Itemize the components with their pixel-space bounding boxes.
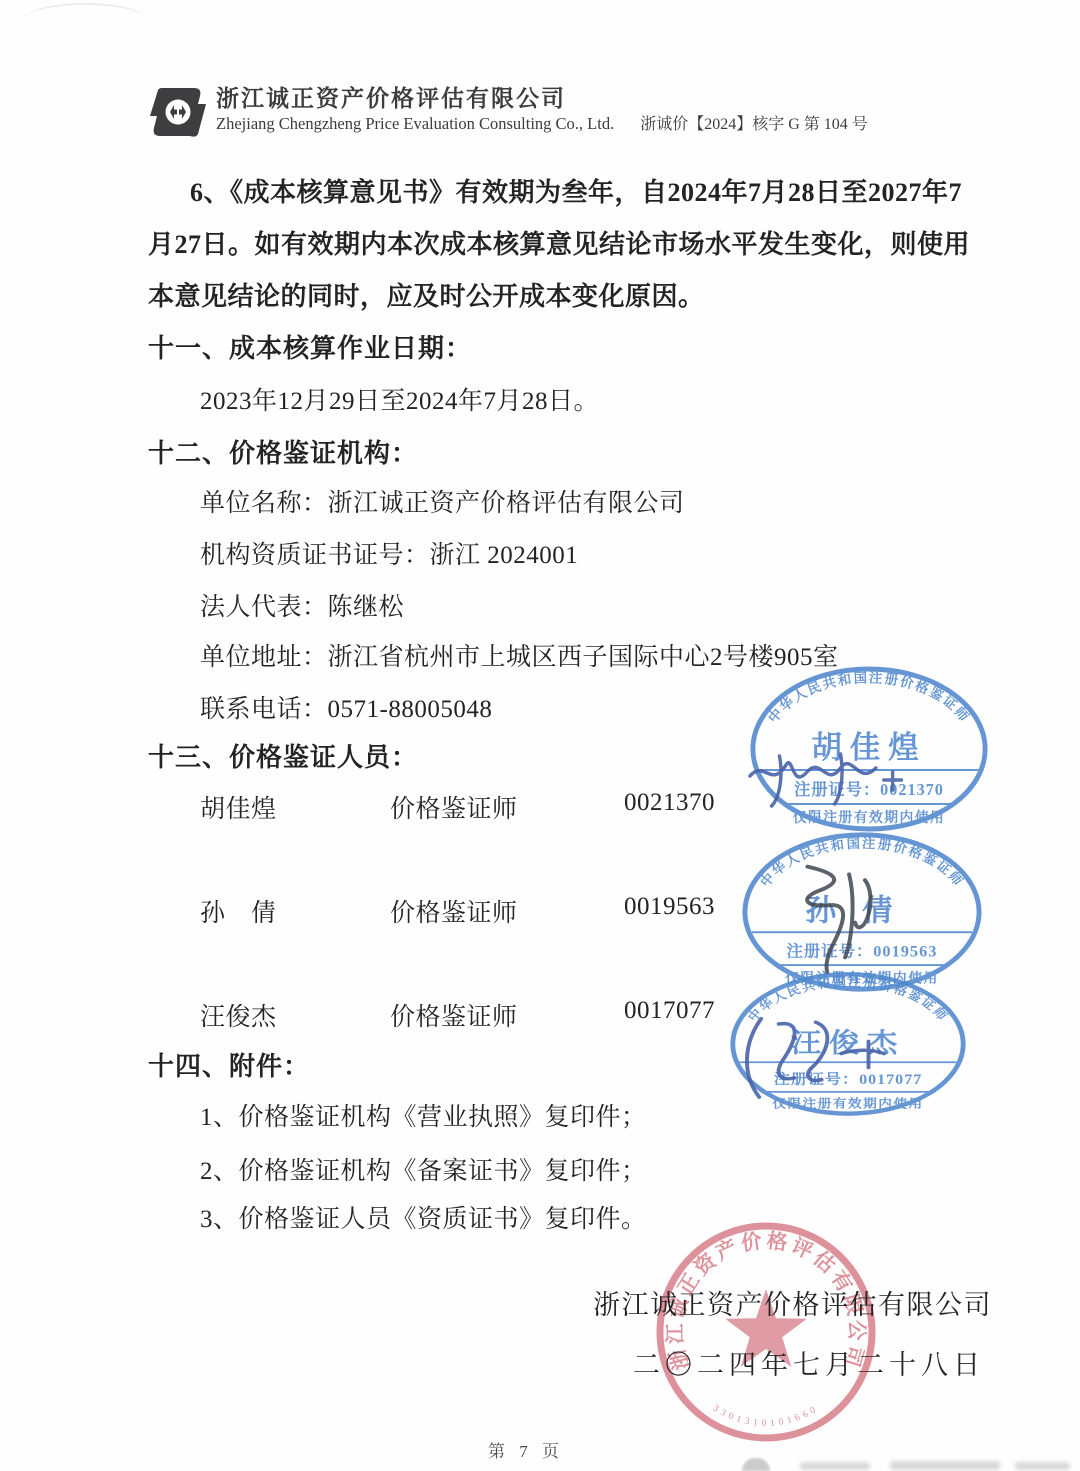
stamp-name: 孙倩: [805, 894, 918, 928]
section-13-title: 十三、价格鉴证人员：: [148, 737, 418, 774]
logo-circle: [166, 100, 191, 125]
stamp-arc-text: 中华人民共和国注册价格鉴证师: [756, 835, 967, 890]
stamp-name: 汪俊杰: [791, 1027, 905, 1058]
paragraph-6-line: 本意见结论的同时，应及时公开成本变化原因。: [148, 276, 705, 313]
page-number: 第 7 页: [488, 1437, 564, 1462]
appraiser-stamp-hujiahuang: 中华人民共和国注册价格鉴证师 胡佳煌 注册证号：0021370 仅限注册有效期内…: [746, 664, 992, 834]
org-cert-line: 机构资质证书证号：浙江 2024001: [200, 535, 578, 571]
appraiser-name: 孙 倩: [200, 893, 277, 929]
stamp-cert-no: 注册证号：0017077: [774, 1071, 923, 1088]
section-12-title: 十二、价格鉴证机构：: [148, 433, 418, 470]
company-name-cn: 浙江诚正资产价格评估有限公司: [216, 80, 566, 113]
attachment-item: 1、价格鉴证机构《营业执照》复印件；: [200, 1097, 647, 1133]
paragraph-6-line: 月27日。如有效期内本次成本核算意见结论市场水平发生变化，则使用: [148, 224, 970, 261]
scan-artifact: [25, 3, 145, 35]
company-round-seal: 浙江诚正资产价格评估有限公司 3301310101660: [650, 1216, 882, 1451]
org-phone-line: 联系电话：0571-88005048: [200, 689, 492, 725]
appraiser-stamp-wangjunjie: 中华人民共和国注册价格鉴证师 汪俊杰 注册证号：0017077 仅限注册有效期内…: [726, 970, 970, 1118]
org-address-line: 单位地址：浙江省杭州市上城区西子国际中心2号楼905室: [200, 637, 839, 673]
appraiser-title: 价格鉴证师: [390, 997, 518, 1033]
stamp-arc-text: 中华人民共和国注册价格鉴证师: [764, 669, 973, 725]
stamp-name: 胡佳煌: [811, 731, 926, 765]
appraiser-title: 价格鉴证师: [390, 789, 518, 825]
cost-accounting-date: 2023年12月29日至2024年7月28日。: [200, 381, 599, 417]
paragraph-6-line: 6、《成本核算意见书》有效期为叁年，自2024年7月28日至2027年7: [190, 172, 962, 209]
appraiser-cert-no: 0019563: [624, 893, 715, 921]
org-legal-rep-line: 法人代表：陈继松: [200, 587, 404, 623]
stamp-cert-no: 注册证号：0019563: [787, 942, 938, 961]
company-logo: [148, 84, 208, 140]
attachment-item: 2、价格鉴证机构《备案证书》复印件；: [200, 1151, 647, 1187]
signoff-company: 浙江诚正资产价格评估有限公司: [593, 1283, 992, 1322]
attachment-item: 3、价格鉴证人员《资质证书》复印件。: [200, 1199, 647, 1235]
seal-code-digits: 3301310101660: [711, 1403, 821, 1429]
section-14-title: 十四、附件：: [148, 1046, 310, 1083]
doc-number: 浙诚价【2024】核字 G 第 104 号: [640, 116, 868, 133]
stamp-cert-no: 注册证号：0021370: [794, 780, 944, 799]
company-name-en: Zhejiang Chengzheng Price Evaluation Con…: [216, 114, 614, 133]
appraiser-cert-no: 0017077: [624, 997, 715, 1025]
appraiser-cert-no: 0021370: [624, 789, 715, 817]
stamp-validity-text: 仅限注册有效期内使用: [793, 809, 945, 826]
section-11-title: 十一、成本核算作业日期：: [148, 328, 472, 365]
stamp-arc-text: 中华人民共和国注册价格鉴证师: [744, 975, 951, 1024]
signoff-date: 二〇二四年七月二十八日: [633, 1343, 985, 1382]
header-subline: Zhejiang Chengzheng Price Evaluation Con…: [216, 111, 868, 134]
org-name-line: 单位名称：浙江诚正资产价格评估有限公司: [200, 483, 685, 519]
appraiser-name: 汪俊杰: [200, 997, 277, 1033]
appraiser-title: 价格鉴证师: [390, 893, 518, 929]
appraiser-name: 胡佳煌: [200, 789, 277, 825]
document-page: 浙江诚正资产价格评估有限公司 Zhejiang Chengzheng Price…: [0, 0, 1080, 1471]
stamp-validity-text: 仅限注册有效期内使用: [772, 1096, 923, 1110]
